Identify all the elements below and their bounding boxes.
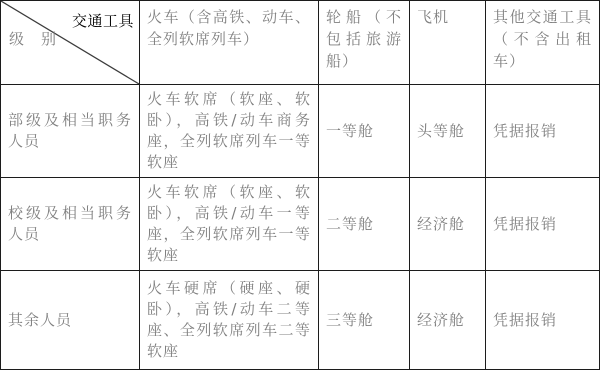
- corner-label-level: 级 别: [9, 28, 57, 50]
- row-others-other-cell: 凭据报销: [486, 271, 599, 369]
- row-others-plane-cell: 经济舱: [410, 271, 486, 369]
- other-standard: 凭据报销: [493, 214, 592, 235]
- row-ministerial-ship-cell: 一等舱: [319, 85, 410, 178]
- column-header-train-label: 火车（含高铁、动车、全列软席列车）: [147, 6, 311, 50]
- plane-standard: 经济舱: [417, 214, 478, 235]
- column-header-plane: 飞机: [410, 1, 486, 85]
- row-school-other-cell: 凭据报销: [486, 178, 599, 271]
- plane-standard: 经济舱: [417, 310, 478, 331]
- other-standard: 凭据报销: [493, 121, 592, 142]
- level-label: 部级及相当职务人员: [8, 110, 132, 152]
- row-others-train-cell: 火车硬席（硬座、硬卧），高铁/动车二等座、全列软席列车二等软座: [140, 271, 319, 369]
- row-school-ship-cell: 二等舱: [319, 178, 410, 271]
- column-header-other: 其他交通工具（不含出租车）: [486, 1, 599, 85]
- column-header-other-label: 其他交通工具（不含出租车）: [493, 6, 592, 72]
- ship-standard: 二等舱: [326, 214, 402, 235]
- row-others-level-cell: 其余人员: [1, 271, 140, 369]
- row-ministerial-other-cell: 凭据报销: [486, 85, 599, 178]
- column-header-ship: 轮船（不包括旅游船）: [319, 1, 410, 85]
- row-ministerial-level-cell: 部级及相当职务人员: [1, 85, 140, 178]
- ship-standard: 一等舱: [326, 121, 402, 142]
- corner-header-cell: 交通工具 级 别: [1, 1, 140, 85]
- row-school-train-cell: 火车软席（软座、软卧），高铁/动车一等座，全列软席列车一等软座: [140, 178, 319, 271]
- other-standard: 凭据报销: [493, 310, 592, 331]
- corner-label-transport: 交通工具: [72, 10, 134, 32]
- column-header-plane-label: 飞机: [417, 6, 478, 28]
- ship-standard: 三等舱: [326, 310, 402, 331]
- train-standard: 火车软席（软座、软卧），高铁/动车商务座，全列软席列车一等软座: [147, 89, 311, 173]
- row-school-plane-cell: 经济舱: [410, 178, 486, 271]
- column-header-train: 火车（含高铁、动车、全列软席列车）: [140, 1, 319, 85]
- train-standard: 火车软席（软座、软卧），高铁/动车一等座，全列软席列车一等软座: [147, 182, 311, 266]
- travel-standards-table-page: 交通工具 级 别 火车（含高铁、动车、全列软席列车） 轮船（不包括旅游船） 飞机…: [0, 0, 601, 372]
- column-header-ship-label: 轮船（不包括旅游船）: [326, 6, 402, 72]
- row-ministerial-plane-cell: 头等舱: [410, 85, 486, 178]
- level-label: 其余人员: [8, 310, 132, 331]
- train-standard: 火车硬席（硬座、硬卧），高铁/动车二等座、全列软席列车二等软座: [147, 278, 311, 362]
- row-others-ship-cell: 三等舱: [319, 271, 410, 369]
- plane-standard: 头等舱: [417, 121, 478, 142]
- level-label: 校级及相当职务人员: [8, 203, 132, 245]
- travel-standards-table: 交通工具 级 别 火车（含高铁、动车、全列软席列车） 轮船（不包括旅游船） 飞机…: [0, 0, 600, 370]
- row-school-level-cell: 校级及相当职务人员: [1, 178, 140, 271]
- row-ministerial-train-cell: 火车软席（软座、软卧），高铁/动车商务座，全列软席列车一等软座: [140, 85, 319, 178]
